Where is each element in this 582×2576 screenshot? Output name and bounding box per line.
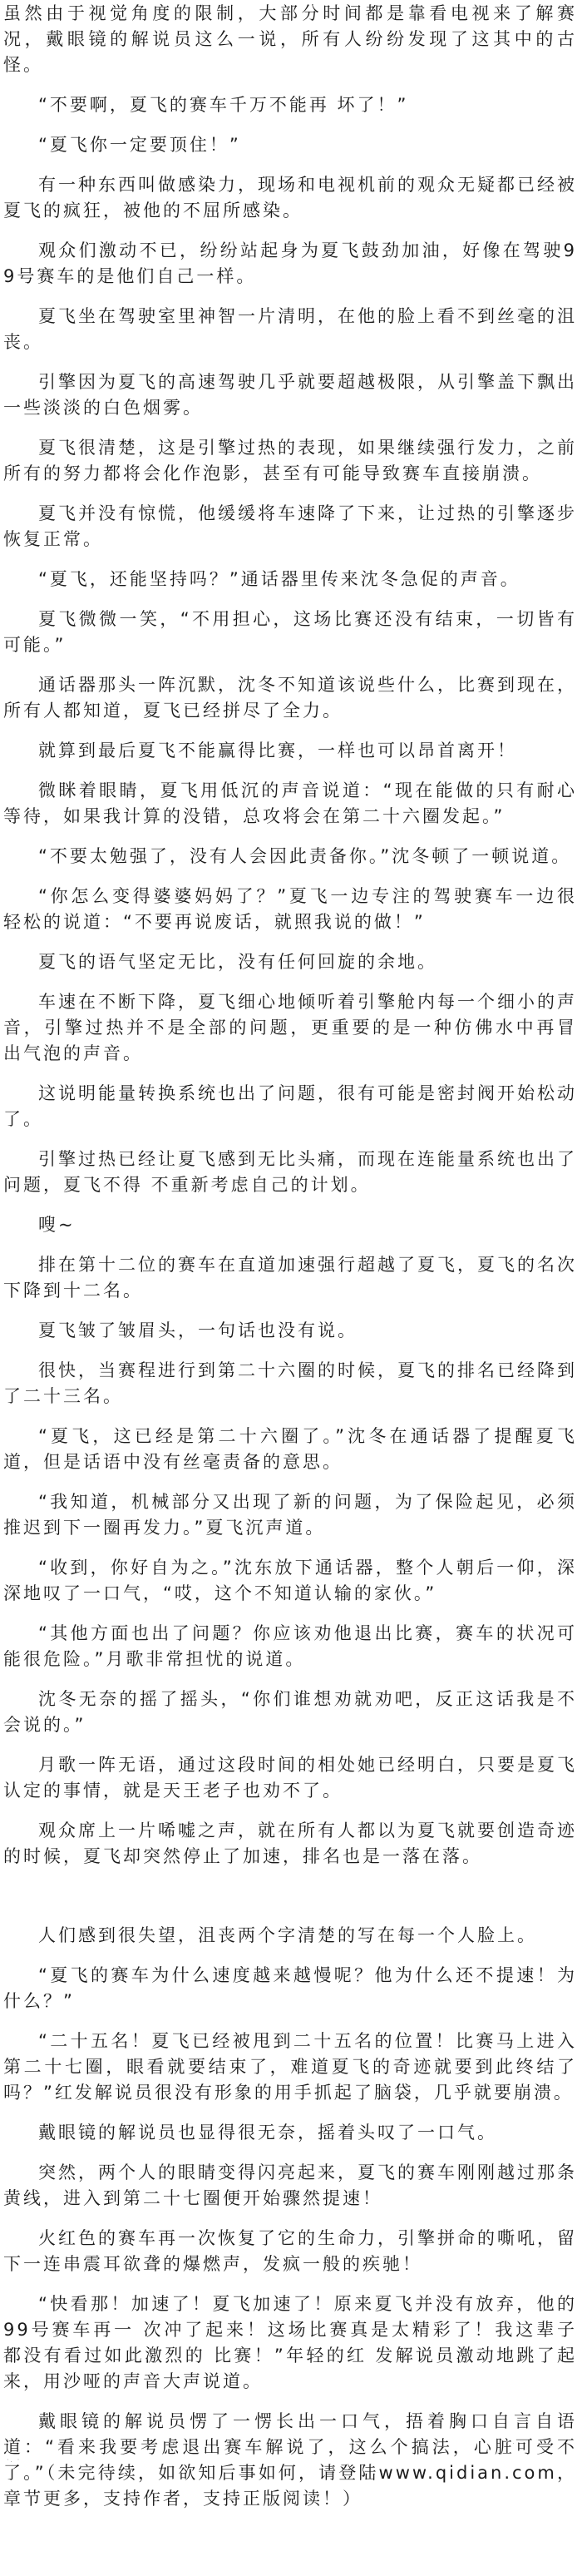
paragraph: 月歌一阵无语，通过这段时间的相处她已经明白，只要是夏飞认定的事情，就是天王老子也…	[3, 1752, 577, 1804]
paragraph: 车速在不断下降，夏飞细心地倾听着引擎舱内每一个细小的声音，引擎过热并不是全部的问…	[3, 989, 577, 1067]
scan-speckle-left: ·. ·	[7, 2456, 21, 2464]
paragraph: 嗖~	[3, 1212, 577, 1238]
paragraph: 这说明能量转换系统也出了问题，很有可能是密封阀开始松动了。	[3, 1081, 577, 1132]
paragraph: 夏飞很清楚，这是引擎过热的表现，如果继续强行发力，之前所有的努力都将会化作泡影，…	[3, 435, 577, 487]
paragraph: “夏飞你一定要顶住！”	[3, 132, 577, 158]
paragraph: “夏飞的赛车为什么速度越来越慢呢？他为什么还不提速！为什么？”	[3, 1963, 577, 2014]
paragraph: 引擎因为夏飞的高速驾驶几乎就要超越极限，从引擎盖下飘出一些淡淡的白色烟雾。	[3, 369, 577, 421]
paragraph: 人们感到很失望，沮丧两个字清楚的写在每一个人脸上。	[3, 1923, 577, 1949]
paragraph: 戴眼镜的解说员愣了一愣长出一口气，捂着胸口自言自语道：“看来我要考虑退出赛车解说…	[3, 2409, 577, 2512]
paragraph: 虽然由于视觉角度的限制，大部分时间都是靠看电视来了解赛况，戴眼镜的解说员这么一说…	[3, 1, 577, 78]
scan-speckle-right: · .	[506, 2438, 516, 2445]
paragraph: 夏飞并没有惊慌，他缓缓将车速降了下来，让过热的引擎逐步恢复正常。	[3, 501, 577, 552]
paragraph: 观众们激动不已，纷纷站起身为夏飞鼓劲加油，好像在驾驶99号赛车的是他们自己一样。	[3, 238, 577, 290]
paragraph: 通话器那头一阵沉默，沈冬不知道该说些什么，比赛到现在，所有人都知道，夏飞已经拼尽…	[3, 672, 577, 724]
paragraph: 观众席上一片唏嘘之声，就在所有人都以为夏飞就要创造奇迹的时候，夏飞却突然停止了加…	[3, 1818, 577, 1870]
paragraph: “不要太勉强了，没有人会因此责备你。”沈冬顿了一顿说道。	[3, 844, 577, 869]
paragraph: 就算到最后夏飞不能赢得比赛，一样也可以昂首离开！	[3, 738, 577, 764]
paragraph: 排在第十二位的赛车在直道加速强行超越了夏飞，夏飞的名次下降到十二名。	[3, 1252, 577, 1304]
paragraph: “其他方面也出了问题？你应该劝他退出比赛，赛车的状况可能很危险。”月歌非常担忧的…	[3, 1621, 577, 1672]
paragraph: “收到，你好自为之。”沈东放下通话器，整个人朝后一仰，深深地叹了一口气，“哎，这…	[3, 1555, 577, 1607]
paragraph: “你怎么变得婆婆妈妈了？”夏飞一边专注的驾驶赛车一边很轻松的说道：“不要再说废话…	[3, 884, 577, 935]
paragraph: 戴眼镜的解说员也显得很无奈，摇着头叹了一口气。	[3, 2120, 577, 2146]
paragraph: 有一种东西叫做感染力，现场和电视机前的观众无疑都已经被夏飞的疯狂，被他的不屈所感…	[3, 172, 577, 224]
paragraph: “快看那！加速了！夏飞加速了！原来夏飞并没有放弃，他的99号赛车再一 次冲了起来…	[3, 2291, 577, 2395]
paragraph: 微眯着眼睛，夏飞用低沉的声音说道：“现在能做的只有耐心等待，如果我计算的没错，总…	[3, 778, 577, 830]
paragraph: 夏飞皱了皱眉头，一句话也没有说。	[3, 1318, 577, 1344]
paragraph: “夏飞，还能坚持吗？”通话器里传来沈冬急促的声音。	[3, 567, 577, 592]
paragraph: 火红色的赛车再一次恢复了它的生命力，引擎拼命的嘶吼，留下一连串震耳欲聋的爆燃声，…	[3, 2226, 577, 2277]
paragraph: “二十五名！夏飞已经被甩到二十五名的位置！比赛马上进入第二十七圈，眼看就要结束了…	[3, 2029, 577, 2106]
paragraph: “夏飞，这已经是第二十六圈了。”沈冬在通话器了提醒夏飞道，但是话语中没有丝毫责备…	[3, 1424, 577, 1475]
paragraph: 引擎过热已经让夏飞感到无比头痛，而现在连能量系统也出了问题，夏飞不得 不重新考虑…	[3, 1147, 577, 1198]
paragraph: 很快，当赛程进行到第二十六圈的时候，夏飞的排名已经降到了二十三名。	[3, 1358, 577, 1409]
paragraph: 夏飞坐在驾驶室里神智一片清明，在他的脸上看不到丝毫的沮丧。	[3, 304, 577, 355]
paragraph: 夏飞微微一笑，“不用担心，这场比赛还没有结束，一切皆有可能。”	[3, 607, 577, 658]
paragraph: 突然，两个人的眼睛变得闪亮起来，夏飞的赛车刚刚越过那条黄线，进入到第二十七圈便开…	[3, 2160, 577, 2212]
paragraph: 夏飞的语气坚定无比，没有任何回旋的余地。	[3, 949, 577, 975]
novel-page: 虽然由于视觉角度的限制，大部分时间都是靠看电视来了解赛况，戴眼镜的解说员这么一说…	[0, 0, 582, 2576]
paragraph: “不要啊，夏飞的赛车千万不能再 坏了！”	[3, 92, 577, 118]
paragraph: 沈冬无奈的摇了摇头，“你们谁想劝就劝吧，反正这话我是不会说的。”	[3, 1687, 577, 1738]
paragraph: “我知道，机械部分又出现了新的问题，为了保险起见，必须推迟到下一圈再发力。”夏飞…	[3, 1489, 577, 1541]
